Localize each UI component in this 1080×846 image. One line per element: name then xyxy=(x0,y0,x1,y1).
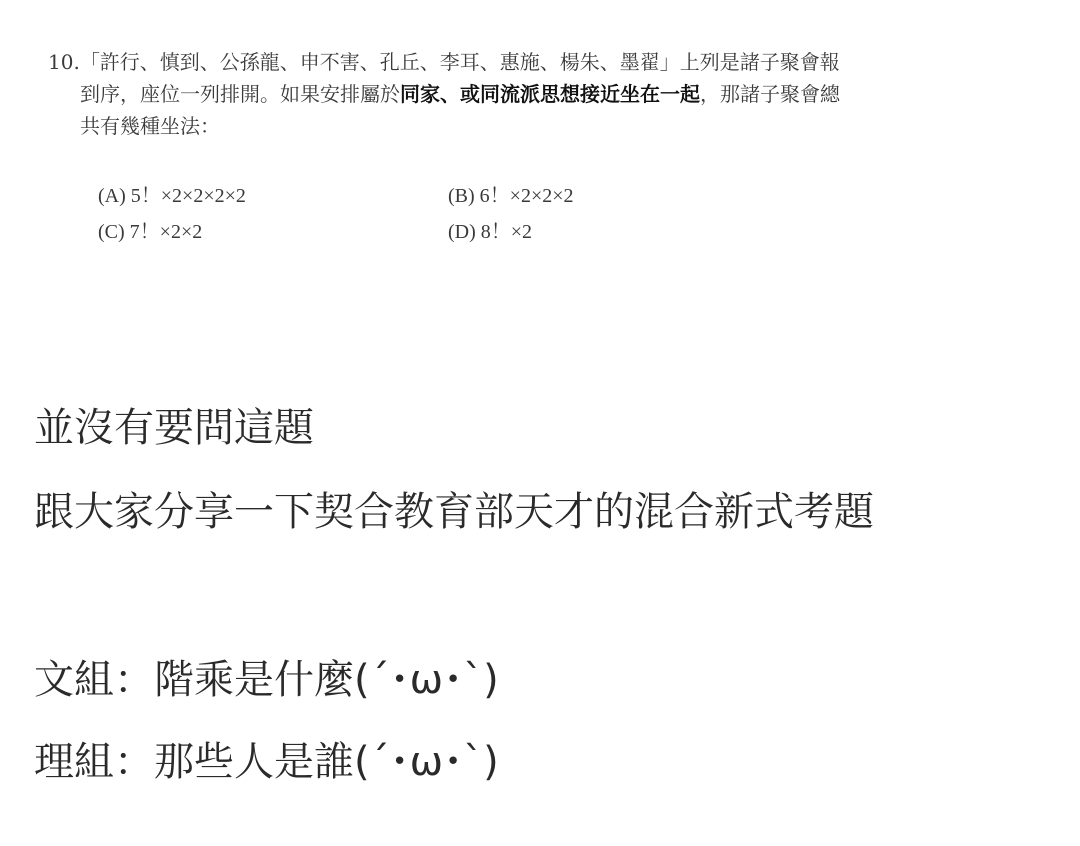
question-bold-sep: 、 xyxy=(440,82,460,106)
question-line-2: 到序，座位一列排開。如果安排屬於同家、或同流派思想接近坐在一起，那諸子聚會總 xyxy=(48,78,1038,110)
post-line-2: 跟大家分享一下契合教育部天才的混合新式考題 xyxy=(34,480,874,537)
question-text-1: 「許行、慎到、公孫龍、申不害、孔丘、李耳、惠施、楊朱、墨翟」上列是諸子聚會報 xyxy=(80,50,840,74)
option-b: (B) 6！×2×2×2 xyxy=(448,178,574,214)
question-line-3: 共有幾種坐法： xyxy=(48,110,1038,142)
question-text-2a: 到序，座位一列排開。如果安排屬於 xyxy=(80,82,400,106)
post-line-4: 理組：那些人是誰(´･ω･`) xyxy=(34,730,499,787)
post-line-3: 文組：階乘是什麼(´･ω･`) xyxy=(34,648,499,705)
option-d: (D) 8！×2 xyxy=(448,214,532,250)
question-bold-2: 或同流派思想接近坐在一起 xyxy=(460,82,700,106)
exam-question: 10.「許行、慎到、公孫龍、申不害、孔丘、李耳、惠施、楊朱、墨翟」上列是諸子聚會… xyxy=(48,46,1038,142)
question-number: 10. xyxy=(48,50,80,74)
option-a: (A) 5！×2×2×2×2 xyxy=(98,178,246,214)
post-line-1: 並沒有要問這題 xyxy=(34,396,314,453)
option-c: (C) 7！×2×2 xyxy=(98,214,202,250)
question-bold-1: 同家 xyxy=(400,82,440,106)
question-line-1: 10.「許行、慎到、公孫龍、申不害、孔丘、李耳、惠施、楊朱、墨翟」上列是諸子聚會… xyxy=(48,46,1038,78)
question-text-2b: ，那諸子聚會總 xyxy=(700,82,840,106)
